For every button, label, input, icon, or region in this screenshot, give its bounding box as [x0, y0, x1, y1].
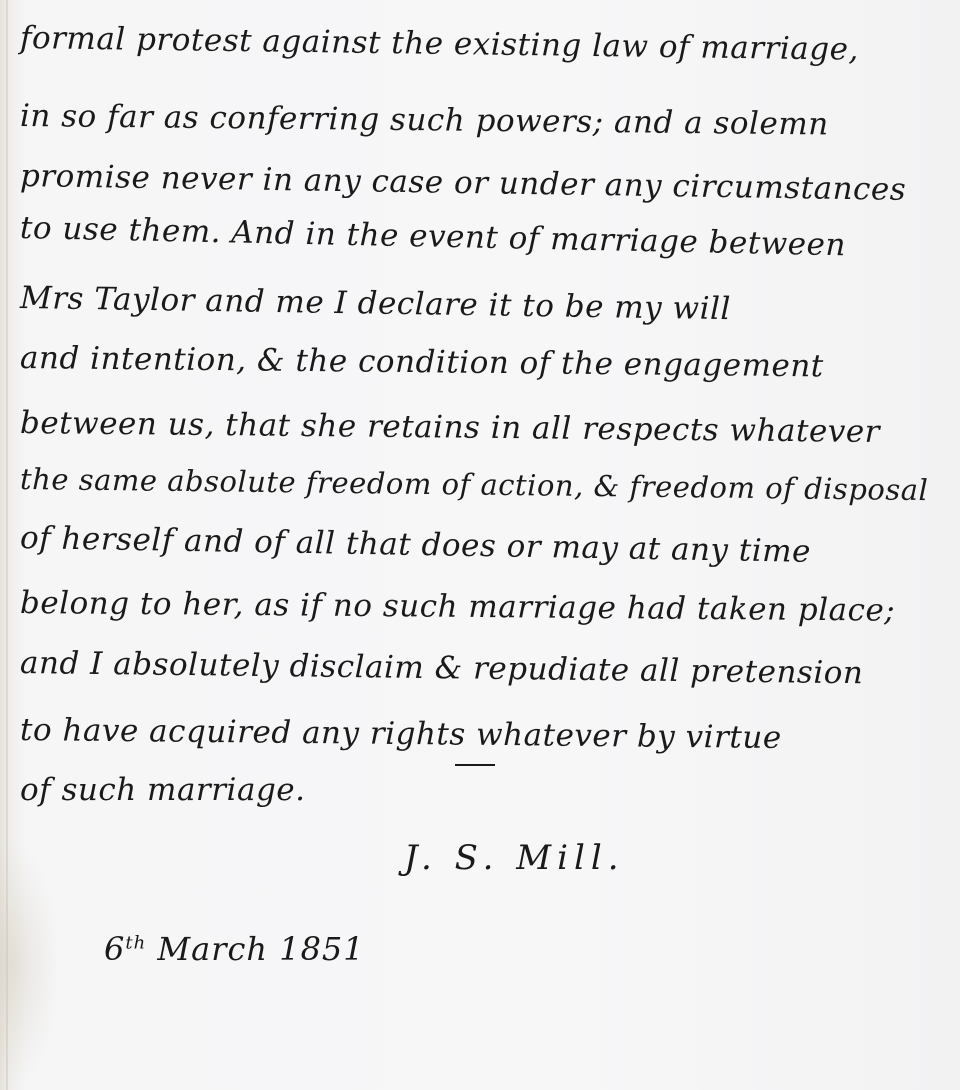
text-line-1: formal protest against the existing law …	[20, 20, 859, 68]
text-line-10: belong to her, as if no such marriage ha…	[20, 585, 896, 629]
text-line-4: to use them. And in the event of marriag…	[20, 210, 847, 263]
date: 6th March 1851	[104, 930, 365, 968]
rights-underline	[455, 764, 495, 766]
text-line-5: Mrs Taylor and me I declare it to be my …	[20, 280, 731, 327]
date-day: 6	[104, 930, 125, 968]
text-line-12: to have acquired any rights whatever by …	[20, 712, 782, 756]
date-month-year: March 1851	[157, 930, 364, 968]
text-line-2: in so far as conferring such powers; and…	[20, 98, 829, 142]
manuscript-page: formal protest against the existing law …	[0, 0, 960, 1090]
text-line-9: of herself and of all that does or may a…	[20, 520, 812, 570]
text-line-6: and intention, & the condition of the en…	[20, 340, 824, 384]
text-line-7: between us, that she retains in all resp…	[20, 405, 880, 450]
paper-stain	[0, 840, 60, 1090]
text-line-8: the same absolute freedom of action, & f…	[20, 462, 929, 507]
date-ordinal: th	[125, 932, 146, 953]
text-line-11: and I absolutely disclaim & repudiate al…	[20, 645, 864, 691]
signature: J. S. Mill.	[404, 838, 625, 878]
text-line-13: of such marriage.	[20, 772, 306, 808]
text-line-3: promise never in any case or under any c…	[20, 158, 907, 208]
